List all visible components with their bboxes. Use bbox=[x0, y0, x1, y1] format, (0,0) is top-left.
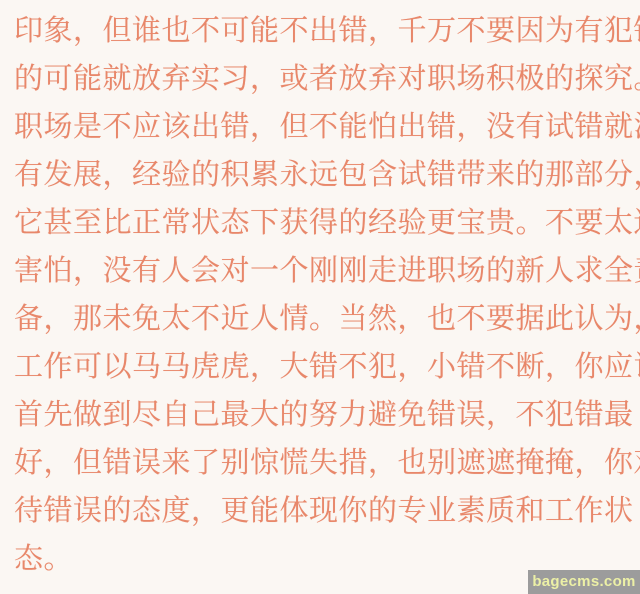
text-line: 首先做到尽自己最大的努力避免错误，不犯错最 bbox=[14, 390, 626, 438]
text-line: 职场是不应该出错，但不能怕出错，没有试错就没 bbox=[14, 102, 626, 150]
text-line: 备，那未免太不近人情。当然，也不要据此认为， bbox=[14, 294, 626, 342]
article-text: 印象，但谁也不可能不出错，千万不要因为有犯错 的可能就放弃实习，或者放弃对职场积… bbox=[14, 6, 626, 582]
page: 印象，但谁也不可能不出错，千万不要因为有犯错 的可能就放弃实习，或者放弃对职场积… bbox=[0, 0, 640, 594]
text-line: 印象，但谁也不可能不出错，千万不要因为有犯错 bbox=[14, 6, 626, 54]
watermark-bagecms: bagecms.com bbox=[528, 570, 640, 594]
text-line: 它甚至比正常状态下获得的经验更宝贵。不要太过 bbox=[14, 198, 626, 246]
text-line: 害怕，没有人会对一个刚刚走进职场的新人求全责 bbox=[14, 246, 626, 294]
text-line: 工作可以马马虎虎，大错不犯，小错不断，你应该 bbox=[14, 342, 626, 390]
text-line: 有发展，经验的积累永远包含试错带来的那部分， bbox=[14, 150, 626, 198]
text-line: 好，但错误来了别惊慌失措，也别遮遮掩掩，你对 bbox=[14, 438, 626, 486]
text-line: 待错误的态度，更能体现你的专业素质和工作状 bbox=[14, 486, 626, 534]
text-line: 的可能就放弃实习，或者放弃对职场积极的探究。 bbox=[14, 54, 626, 102]
